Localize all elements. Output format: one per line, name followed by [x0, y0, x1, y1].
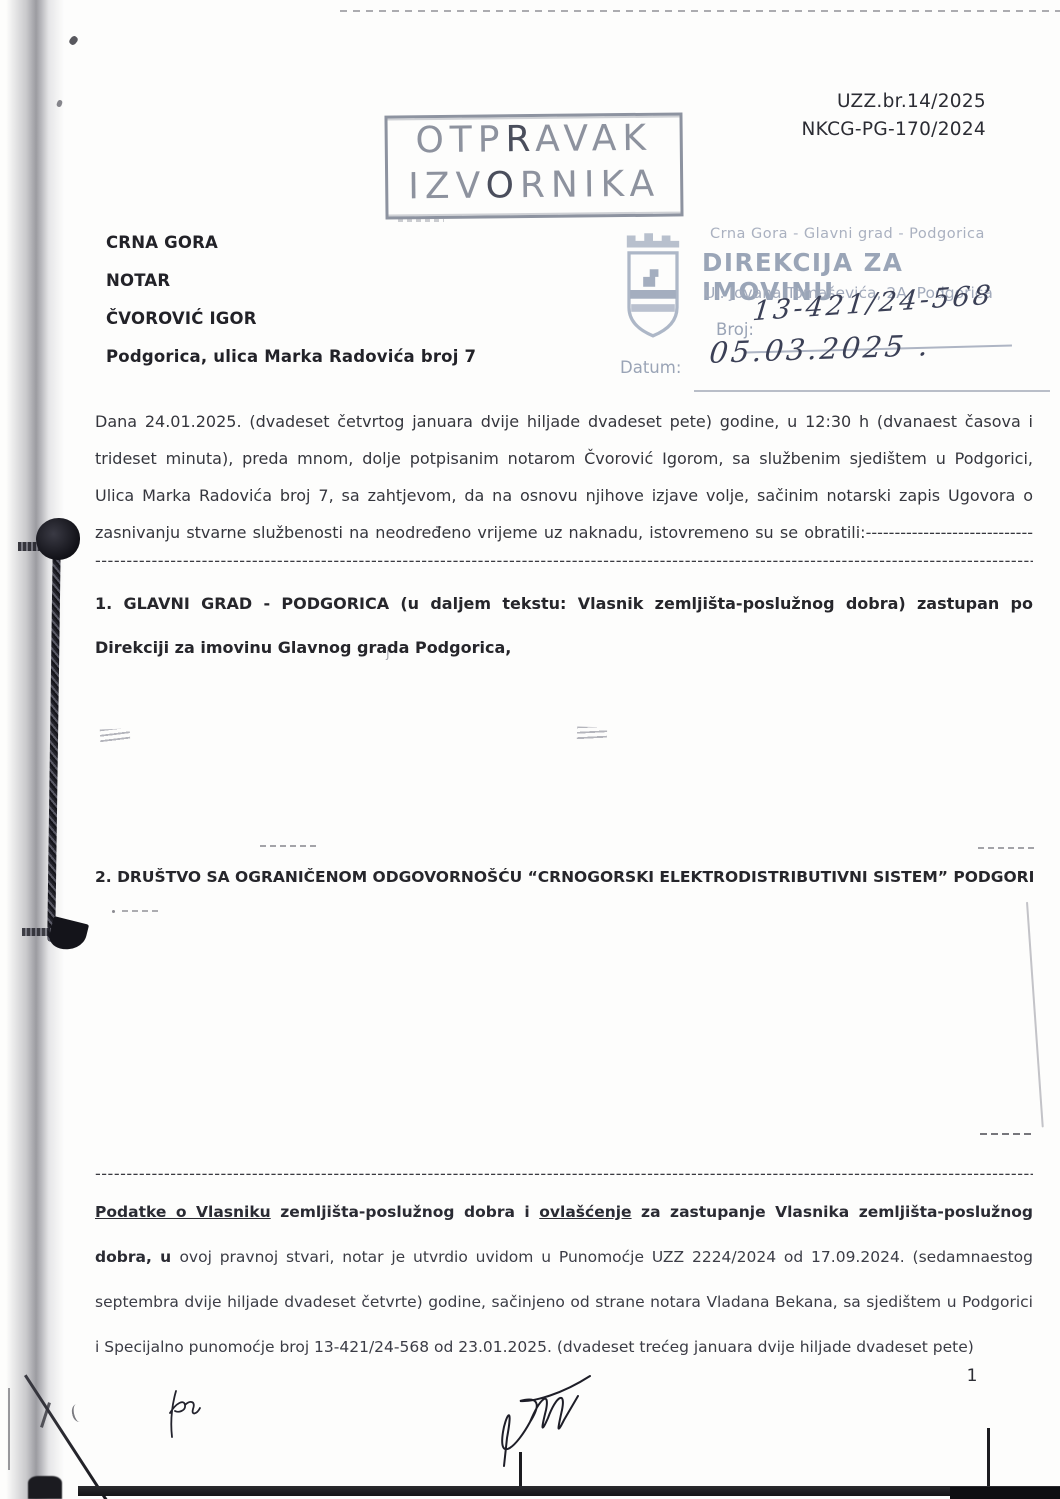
scan-artifact-scribble	[398, 219, 444, 222]
scan-speck	[68, 35, 79, 46]
stamp-datum-label: Datum:	[620, 358, 681, 377]
dashed-separator-2: ----------------------------------------…	[95, 1164, 1033, 1186]
scan-dash-mark	[978, 847, 1034, 849]
bold-text: zemljišta-poslužnog dobra i	[271, 1203, 540, 1221]
scan-dash-mark	[122, 910, 162, 912]
scan-speck	[8, 1388, 10, 1470]
notary-letterhead: CRNA GORA NOTAR ČVOROVIĆ IGOR Podgorica,…	[106, 224, 526, 376]
intro-paragraph: Dana 24.01.2025. (dvadeset četvrtog janu…	[95, 403, 1033, 555]
scan-tick-mark	[987, 1428, 990, 1488]
ref-nkcg-number: NKCG-PG-170/2024	[700, 116, 986, 144]
scan-dash-mark	[980, 1133, 1032, 1135]
scan-artifact-glyph: j	[386, 646, 390, 661]
stamp-text: OTP	[415, 119, 505, 161]
scan-bottom-edge-dark	[950, 1487, 1060, 1499]
regular-text: ovoj pravnoj stvari, notar je utvrdio uv…	[95, 1248, 1033, 1356]
otpravak-izvornika-stamp: OTPRAVAK IZVORNIKA	[384, 112, 683, 219]
scan-dot-mark	[112, 910, 115, 913]
party-1-paragraph: 1. GLAVNI GRAD - PODGORICA (u daljem tek…	[95, 582, 1033, 670]
stamp-line-2: IZVORNIKA	[388, 161, 680, 210]
page-number: 1	[952, 1366, 992, 1386]
notary-country: CRNA GORA	[106, 224, 526, 262]
stamp-org-region: Crna Gora - Glavni grad - Podgorica	[710, 226, 985, 242]
stamp-text: RNIKA	[520, 164, 661, 206]
coat-of-arms-icon	[620, 230, 686, 350]
ref-uzz-number: UZZ.br.14/2025	[700, 88, 986, 116]
underlined-text: ovlašćenje	[539, 1203, 631, 1221]
signature-paraph	[158, 1385, 212, 1445]
notary-address: Podgorica, ulica Marka Radovića broj 7	[106, 338, 526, 376]
scan-artifact-dashes-top	[340, 10, 1060, 12]
authorization-paragraph: Podatke o Vlasniku zemljišta-poslužnog d…	[95, 1190, 1033, 1376]
stamp-text: R	[505, 119, 535, 160]
reference-numbers: UZZ.br.14/2025 NKCG-PG-170/2024	[700, 88, 986, 144]
signature-main	[462, 1370, 642, 1470]
underlined-text: Podatke o Vlasniku	[95, 1203, 271, 1221]
stamp-datum-underline	[694, 390, 1050, 392]
notary-seal-blob	[36, 518, 80, 560]
notary-name: ČVOROVIĆ IGOR	[106, 300, 526, 338]
stamp-text: AVAK	[535, 118, 652, 160]
dashed-separator-1: ----------------------------------------…	[95, 551, 1033, 573]
handwritten-date: 05.03.2025 .	[708, 328, 933, 370]
scan-hairline	[1026, 902, 1044, 1128]
party-2-paragraph: 2. DRUŠTVO SA OGRANIČENOM ODGOVORNOŠĆU “…	[95, 868, 1035, 886]
scan-dash-mark	[260, 845, 318, 847]
scan-artifact-blob	[28, 1476, 62, 1499]
stamp-datum-handwritten: 05.03.2025 .	[710, 332, 930, 366]
stamp-broj-handwritten: 13-421/24-568	[754, 288, 992, 319]
scan-tick-mark	[519, 1452, 522, 1488]
document-page: UZZ.br.14/2025 NKCG-PG-170/2024 OTPRAVAK…	[0, 0, 1060, 1499]
scan-smudge	[577, 726, 607, 740]
stamp-text: IZV	[408, 166, 486, 208]
scan-bottom-edge	[78, 1486, 1060, 1496]
notary-title: NOTAR	[106, 262, 526, 300]
stamp-text: O	[485, 165, 520, 206]
scan-smudge	[100, 728, 130, 742]
scan-speck	[70, 1403, 85, 1423]
stamp-line-1: OTPRAVAK	[387, 115, 679, 164]
direkcija-stamp: Crna Gora - Glavni grad - Podgorica DIRE…	[618, 226, 1038, 394]
